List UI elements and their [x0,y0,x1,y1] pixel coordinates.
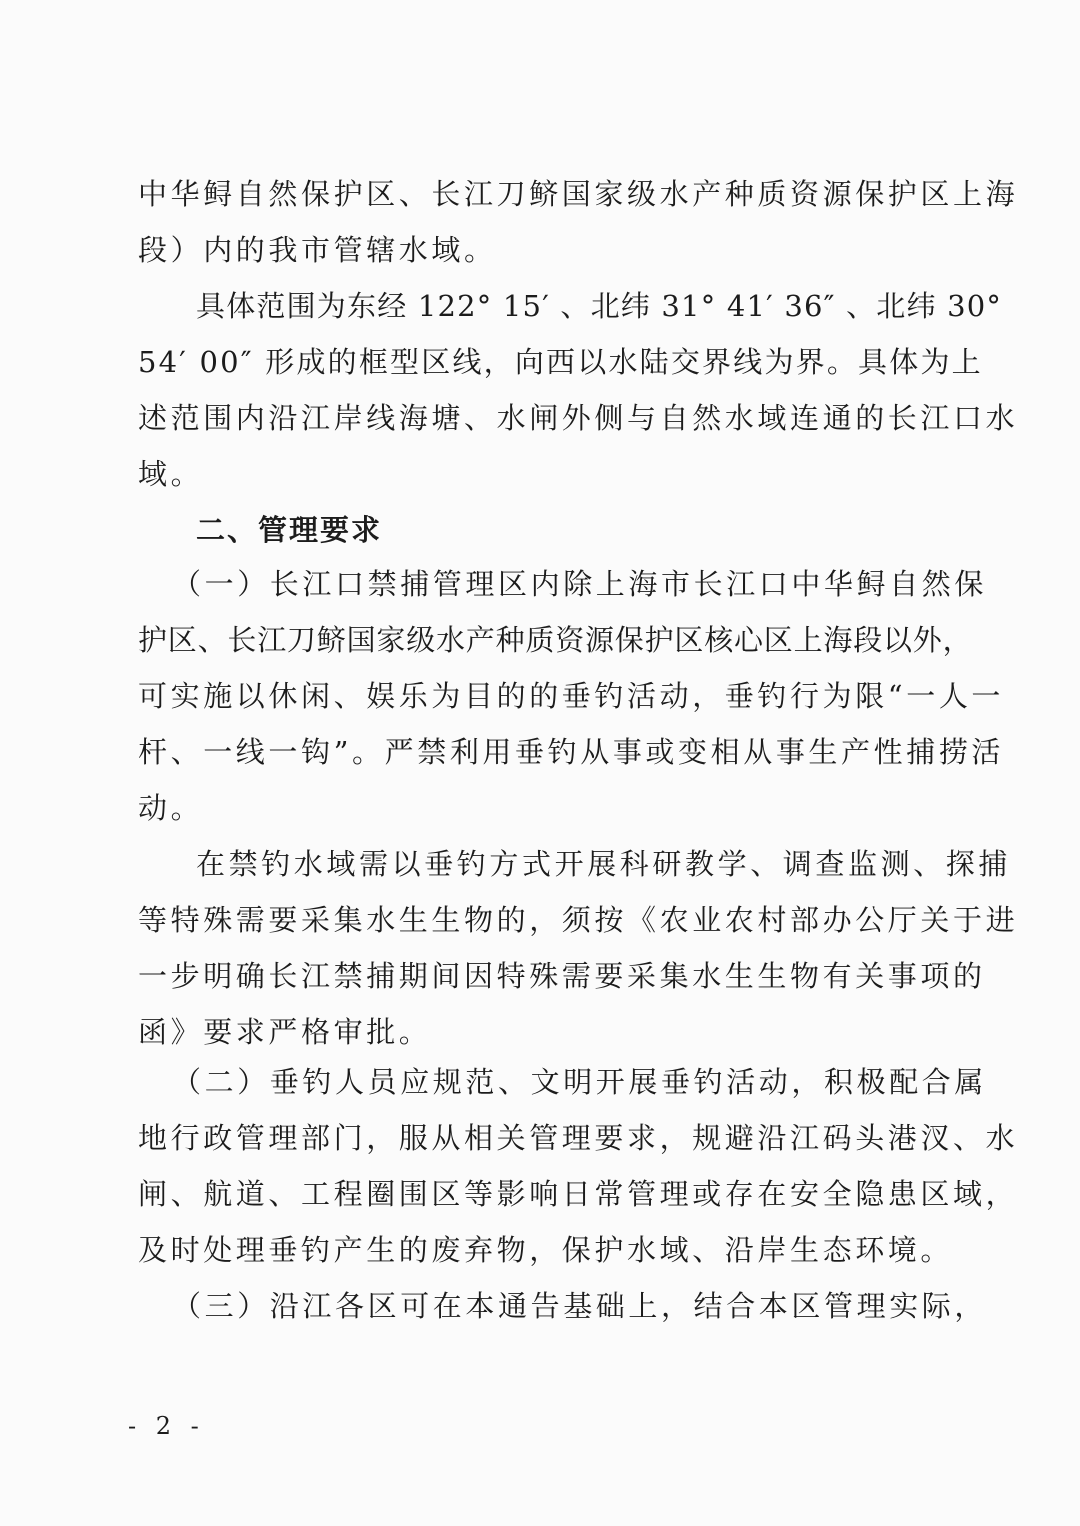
text-line: 域。 [138,456,928,492]
text-line: 杆、一线一钩”。严禁利用垂钓从事或变相从事生产性捕捞活 [138,734,928,770]
text-line: 地行政管理部门，服从相关管理要求，规避沿江码头港汊、水 [138,1120,928,1156]
text-line: 在禁钓水域需以垂钓方式开展科研教学、调查监测、探捕 [196,846,986,882]
text-line: 54′ 00″ 形成的框型区线，向西以水陆交界线为界。具体为上 [138,344,928,380]
text-line: （一）长江口禁捕管理区内除上海市长江口中华鲟自然保 [172,566,962,602]
text-line: 闸、航道、工程圈围区等影响日常管理或存在安全隐患区域， [138,1176,928,1212]
text-line: （三）沿江各区可在本通告基础上，结合本区管理实际， [172,1288,962,1324]
text-line: 及时处理垂钓产生的废弃物，保护水域、沿岸生态环境。 [138,1232,928,1268]
text-line: （二）垂钓人员应规范、文明开展垂钓活动，积极配合属 [172,1064,962,1100]
text-line: 段）内的我市管辖水域。 [138,232,928,268]
text-line: 护区、长江刀鲚国家级水产种质资源保护区核心区上海段以外， [138,622,928,658]
text-line: 中华鲟自然保护区、长江刀鲚国家级水产种质资源保护区上海 [138,176,928,212]
section-heading: 二、管理要求 [196,512,986,548]
text-line: 述范围内沿江岸线海塘、水闸外侧与自然水域连通的长江口水 [138,400,928,436]
text-line: 可实施以休闲、娱乐为目的的垂钓活动，垂钓行为限“一人一 [138,678,928,714]
text-line: 动。 [138,790,928,826]
text-line: 函》要求严格审批。 [138,1014,928,1050]
text-line: 具体范围为东经 122° 15′ 、北纬 31° 41′ 36″ 、北纬 30° [196,288,986,324]
page-number: - 2 - [128,1412,205,1440]
text-line: 等特殊需要采集水生生物的，须按《农业农村部办公厅关于进 [138,902,928,938]
text-line: 一步明确长江禁捕期间因特殊需要采集水生生物有关事项的 [138,958,928,994]
